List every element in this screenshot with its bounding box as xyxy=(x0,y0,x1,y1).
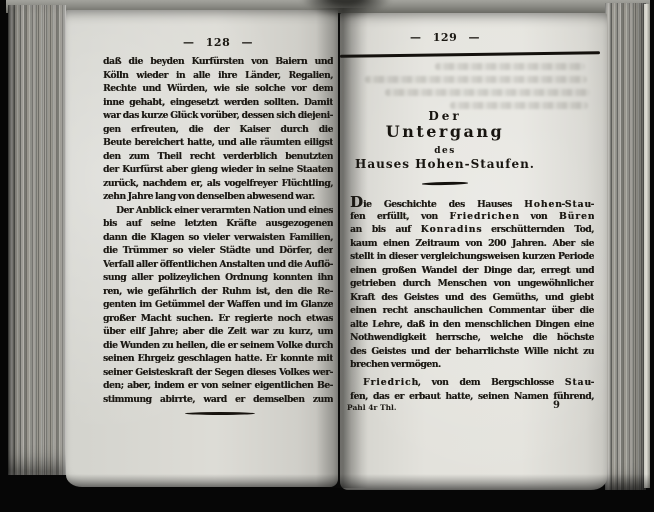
right-page-paragraph-1: Die Geschichte des Hauses H o h e n-S t … xyxy=(350,196,594,372)
text-line: sung aller polizeylichen Ordnung konnten… xyxy=(103,271,333,285)
text-line: Kraft des Geistes und des Gemüths, und g… xyxy=(350,291,594,305)
text-line: großer Macht suchen. Er regierte noch et… xyxy=(103,312,333,326)
left-page-body-text: daß die beyden Kurfürsten von Baiern und… xyxy=(103,55,333,406)
text-line: die Trümmer so vieler Städte und Dörfer,… xyxy=(103,244,333,258)
text-line: getrieben durch Menschen von ungewöhnlic… xyxy=(350,277,594,291)
bleedthrough-ghost-line xyxy=(450,102,588,109)
right-edge-highlight xyxy=(644,4,650,488)
text-line: der Kurfürst aber gieng wieder in seine … xyxy=(103,163,333,177)
text-line: den; aber, indem er von seiner eigentlic… xyxy=(103,379,333,393)
text-line: die Wunden zu heilen, die er seinem Volk… xyxy=(103,339,333,353)
text-line: zehn Jahre lang von denselben abwesend w… xyxy=(103,190,333,204)
text-line: alte Lehre, daß in den menschlichen Ding… xyxy=(350,318,594,332)
text-line: Beute bereichert hatte, und alle räumten… xyxy=(103,136,333,150)
bleedthrough-ghost-line xyxy=(435,63,585,70)
text-line: über eilf Jahre; aber die Zeit war zu ku… xyxy=(103,325,333,339)
text-line: Nothwendigkeit herrsche, welche die höch… xyxy=(350,331,594,345)
chapter-title-des: des xyxy=(345,146,545,156)
text-line: inne gehabt, eingesetzt werden sollten. … xyxy=(103,96,333,110)
text-line: zurück, nachdem er, als vogelfreyer Flüc… xyxy=(103,177,333,191)
left-fore-edge-pages xyxy=(8,5,66,475)
sheet-number: 9 xyxy=(553,400,560,411)
text-line: seinen Ehrgeiz geschlagen hatte. Er konn… xyxy=(103,352,333,366)
text-line: war das kurze Glück vorüber, dessen sich… xyxy=(103,109,333,123)
right-page-paragraph-2: F r i e d r i c h, von dem Bergschlosse … xyxy=(350,376,594,403)
drop-cap: D xyxy=(350,196,363,210)
right-page-number: — 129 — xyxy=(370,31,520,44)
right-page-footer: Pahl 4r Thl. 9 xyxy=(347,400,597,414)
text-line: stimmung abirrte, ward er demselben zum … xyxy=(103,393,333,407)
text-line: genten im Getümmel der Waffen und im Gla… xyxy=(103,298,333,312)
text-line: F r i e d r i c h, von dem Bergschlosse … xyxy=(350,376,594,390)
open-book-photo: — 128 — daß die beyden Kurfürsten von Ba… xyxy=(0,0,654,512)
text-line: kaum einen Zeitraum von 200 Jahren. Aber… xyxy=(350,237,594,251)
chapter-title-untergang: Untergang xyxy=(345,122,545,142)
text-line: brechen vermögen. xyxy=(350,358,594,372)
page-header-rule xyxy=(340,51,600,58)
right-fore-edge-pages xyxy=(605,3,646,490)
text-line: fen erfüllt, von F r i e d r i c h e n v… xyxy=(350,210,594,224)
chapter-end-rule xyxy=(185,412,255,415)
text-line: des Geistes und der beharrlichste Wille … xyxy=(350,345,594,359)
text-line: dann die Klagen so vieler verwaisten Fam… xyxy=(103,231,333,245)
text-line: ren, wie gefährlich der Ruhm ist, den di… xyxy=(103,285,333,299)
text-line: einen großen Wandel der Dinge dar, erreg… xyxy=(350,264,594,278)
title-rule xyxy=(422,182,468,185)
bleedthrough-ghost-line xyxy=(385,89,590,96)
text-line: gen erfreuten, die der Kaiser durch die … xyxy=(103,123,333,137)
text-line: Verfall aller öffentlichen Anstalten und… xyxy=(103,258,333,272)
text-line: Die Geschichte des Hauses H o h e n-S t … xyxy=(350,196,594,210)
chapter-title-der: Der xyxy=(345,110,545,122)
text-line: Kölln wieder in alle ihre Länder, Regali… xyxy=(103,69,333,83)
chapter-title-hauses-hohen-staufen: Hauses Hohen-Staufen. xyxy=(345,156,545,172)
text-line: bis auf seine letzten Kräfte ausgezogene… xyxy=(103,217,333,231)
text-line: daß die beyden Kurfürsten von Baiern und xyxy=(103,55,333,69)
printer-signature: Pahl 4r Thl. xyxy=(347,403,397,412)
text-line: einen recht anschaulichen Commentar über… xyxy=(350,304,594,318)
text-line: den zum Theil recht verderblich benutzte… xyxy=(103,150,333,164)
text-line: Der Anblick einer verarmten Nation und e… xyxy=(103,204,333,218)
text-line: an bis auf K o n r a d i n s erschüttern… xyxy=(350,223,594,237)
text-line: seiner Geisteskraft der Segen dieses Vol… xyxy=(103,366,333,380)
text-line: stellt in dieser vergleichungsweisen kur… xyxy=(350,250,594,264)
left-page: — 128 — daß die beyden Kurfürsten von Ba… xyxy=(66,10,338,487)
left-page-number: — 128 — xyxy=(103,36,333,49)
bleedthrough-ghost-line xyxy=(365,76,587,83)
gutter-top-shadow xyxy=(288,0,404,26)
right-page: — 129 — Der Untergang des Hauses Hohen-S… xyxy=(340,13,607,490)
text-line: Rechte und Würden, wie sie solche vor de… xyxy=(103,82,333,96)
